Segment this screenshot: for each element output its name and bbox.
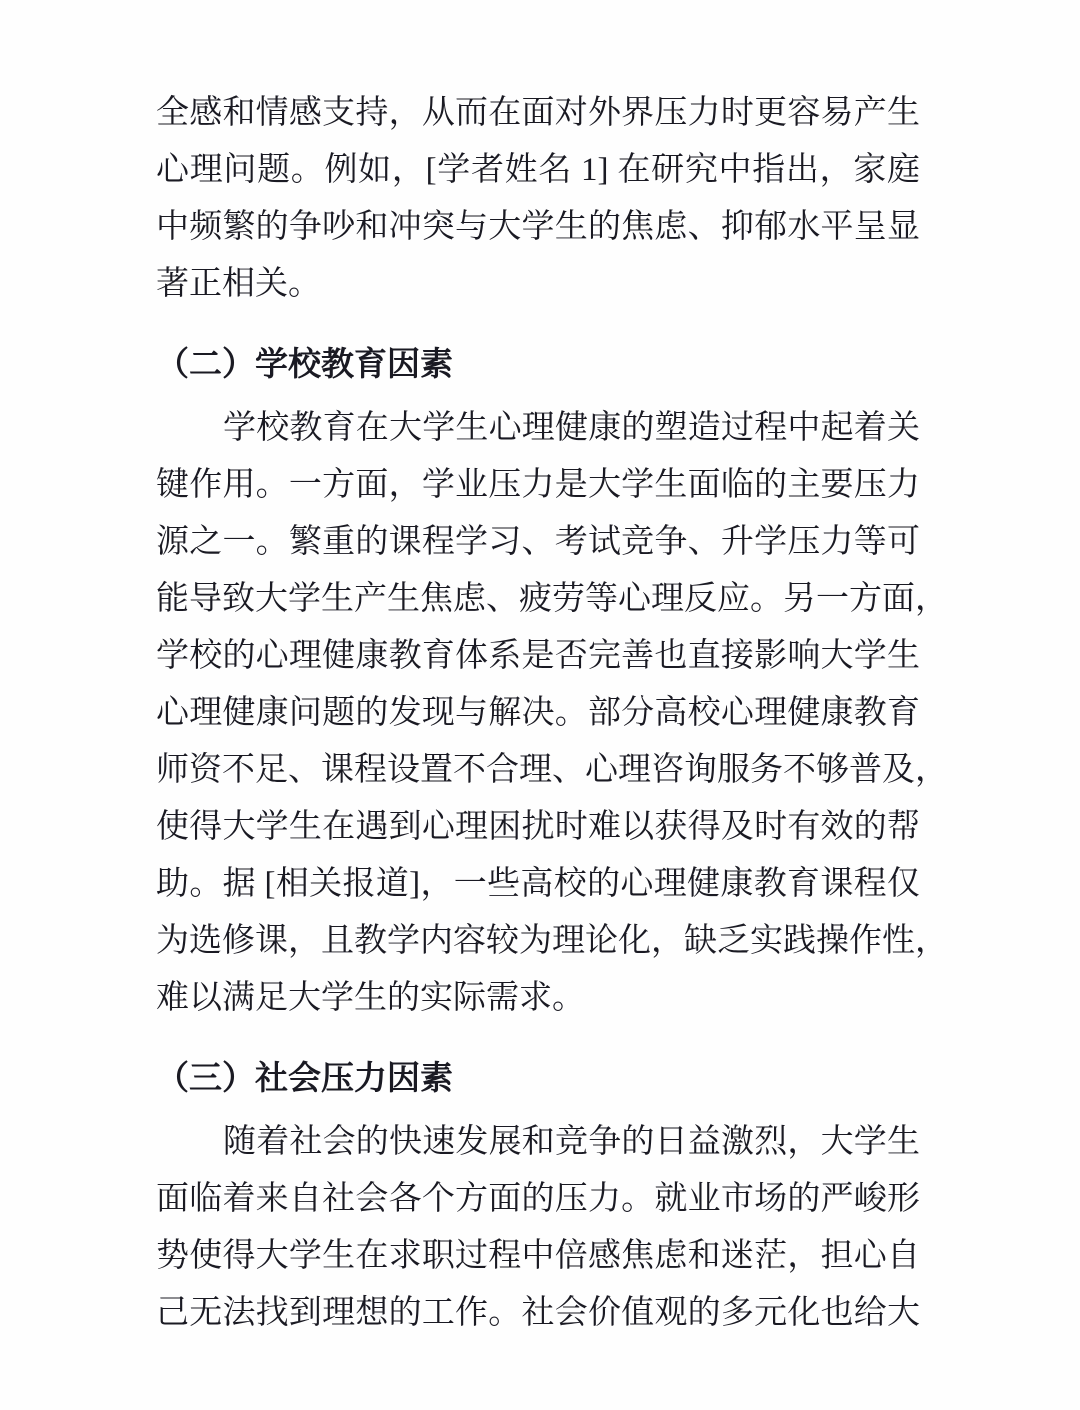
document-page: 全感和情感支持，从而在面对外界压力时更容易产生心理问题。例如，[学者姓名 1] … <box>0 0 1080 1410</box>
section-heading: （三）社会压力因素 <box>156 1051 920 1108</box>
text-line: 能导致大学生产生焦虑、疲劳等心理反应。另一方面， <box>156 571 920 628</box>
text-line: 随着社会的快速发展和竞争的日益激烈，大学生 <box>156 1114 920 1171</box>
text-line: 键作用。一方面，学业压力是大学生面临的主要压力 <box>156 457 920 514</box>
document-content: 全感和情感支持，从而在面对外界压力时更容易产生心理问题。例如，[学者姓名 1] … <box>156 85 920 1342</box>
heading-text: （三）社会压力因素 <box>156 1051 920 1108</box>
heading-text: （二）学校教育因素 <box>156 337 920 394</box>
text-line: 学校教育在大学生心理健康的塑造过程中起着关 <box>156 400 920 457</box>
text-line: 师资不足、课程设置不合理、心理咨询服务不够普及， <box>156 742 920 799</box>
text-line: 源之一。繁重的课程学习、考试竞争、升学压力等可 <box>156 514 920 571</box>
text-line: 为选修课，且教学内容较为理论化，缺乏实践操作性， <box>156 913 920 970</box>
text-line: 全感和情感支持，从而在面对外界压力时更容易产生 <box>156 85 920 142</box>
text-line: 己无法找到理想的工作。社会价值观的多元化也给大 <box>156 1285 920 1342</box>
text-line: 心理健康问题的发现与解决。部分高校心理健康教育 <box>156 685 920 742</box>
text-line: 使得大学生在遇到心理困扰时难以获得及时有效的帮 <box>156 799 920 856</box>
paragraph: 全感和情感支持，从而在面对外界压力时更容易产生心理问题。例如，[学者姓名 1] … <box>156 85 920 313</box>
text-line: 势使得大学生在求职过程中倍感焦虑和迷茫，担心自 <box>156 1228 920 1285</box>
paragraph: 随着社会的快速发展和竞争的日益激烈，大学生面临着来自社会各个方面的压力。就业市场… <box>156 1114 920 1342</box>
text-line: 助。据 [相关报道]，一些高校的心理健康教育课程仅 <box>156 856 920 913</box>
text-line: 中频繁的争吵和冲突与大学生的焦虑、抑郁水平呈显 <box>156 199 920 256</box>
text-line: 学校的心理健康教育体系是否完善也直接影响大学生 <box>156 628 920 685</box>
text-line: 难以满足大学生的实际需求。 <box>156 970 920 1027</box>
text-line: 著正相关。 <box>156 256 920 313</box>
text-line: 面临着来自社会各个方面的压力。就业市场的严峻形 <box>156 1171 920 1228</box>
paragraph: 学校教育在大学生心理健康的塑造过程中起着关键作用。一方面，学业压力是大学生面临的… <box>156 400 920 1027</box>
section-heading: （二）学校教育因素 <box>156 337 920 394</box>
text-line: 心理问题。例如，[学者姓名 1] 在研究中指出，家庭 <box>156 142 920 199</box>
